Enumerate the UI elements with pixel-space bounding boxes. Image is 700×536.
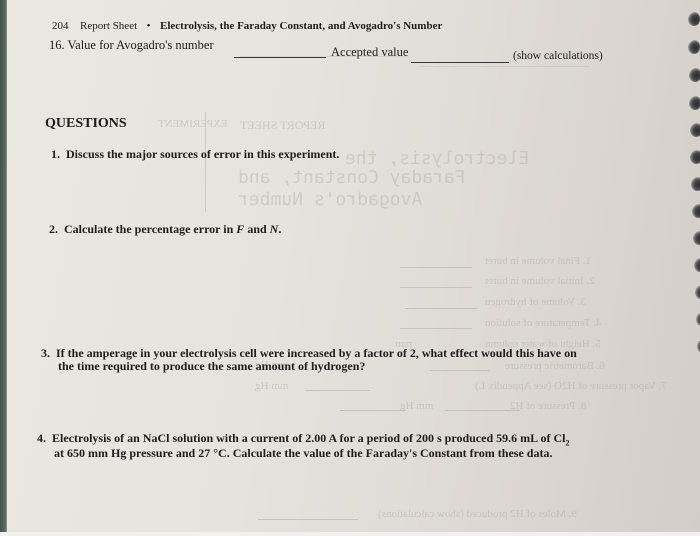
bleed-through-text: 4. Temperature of solution — [485, 317, 601, 329]
desk-edge — [0, 0, 7, 536]
page-header: 204 Report Sheet • Electrolysis, the Far… — [52, 20, 442, 32]
bleed-through-unit: mm Hg — [255, 380, 288, 392]
document-page: EXPERIMENT REPORT SHEET Electrolysis, th… — [0, 0, 700, 536]
binder-hole — [688, 12, 700, 26]
bleed-through-text: 1. Final volume in buret — [485, 255, 591, 267]
item-16-label: 16. Value for Avogadro's number — [49, 38, 214, 53]
page-number: 204 — [52, 20, 69, 32]
binder-hole — [690, 123, 700, 137]
bleed-through-text: 8. Pressure of H2 — [510, 400, 586, 412]
binder-hole — [692, 204, 700, 218]
bleed-through-divider — [205, 112, 206, 212]
avogadro-value-blank[interactable] — [234, 57, 326, 58]
binder-hole — [690, 150, 700, 164]
binder-hole — [694, 258, 700, 272]
questions-heading: QUESTIONS — [45, 116, 127, 132]
experiment-title: Electrolysis, the Faraday Constant, and … — [160, 20, 442, 32]
accepted-value-label: Accepted value — [331, 45, 408, 60]
binder-hole — [688, 40, 700, 54]
binder-hole — [693, 231, 700, 245]
bleed-through-text: 9. Moles of H2 produced (show calculatio… — [378, 508, 577, 520]
question-2: 2.Calculate the percentage error in F an… — [49, 222, 281, 237]
question-4-line-2: at 650 mm Hg pressure and 27 °C. Calcula… — [54, 446, 552, 461]
question-3-line-2: the time required to produce the same am… — [58, 359, 365, 374]
bleed-through-text: REPORT SHEET — [240, 118, 325, 133]
page-bottom-edge — [0, 532, 700, 536]
header-bullet: • — [147, 20, 151, 32]
bleed-through-text: Faraday Constant, and — [238, 167, 466, 188]
binder-hole — [689, 96, 700, 110]
bleed-through-text: Avogadro's Number — [238, 189, 422, 210]
binder-hole — [695, 285, 700, 299]
section-label: Report Sheet — [80, 20, 137, 32]
bleed-through-text: 2. Initial volume in buret — [485, 275, 595, 287]
bleed-through-text: 7. Vapor pressure of H2O (see Appendix L… — [475, 380, 667, 392]
question-4-line-1: 4.Electrolysis of an NaCl solution with … — [37, 431, 569, 447]
accepted-value-blank[interactable] — [411, 62, 509, 63]
bleed-through-text: 3. Volume of hydrogen — [485, 296, 586, 308]
binder-hole — [689, 68, 700, 82]
bleed-through-text: Electrolysis, the — [345, 148, 529, 169]
question-1: 1.Discuss the major sources of error in … — [51, 147, 339, 162]
binder-hole — [696, 312, 700, 326]
show-calculations-note: (show calculations) — [513, 50, 603, 62]
bleed-through-text: EXPERIMENT — [158, 118, 228, 130]
binder-hole — [691, 177, 700, 191]
bleed-through-text: 6. Barometric pressure — [505, 360, 605, 372]
